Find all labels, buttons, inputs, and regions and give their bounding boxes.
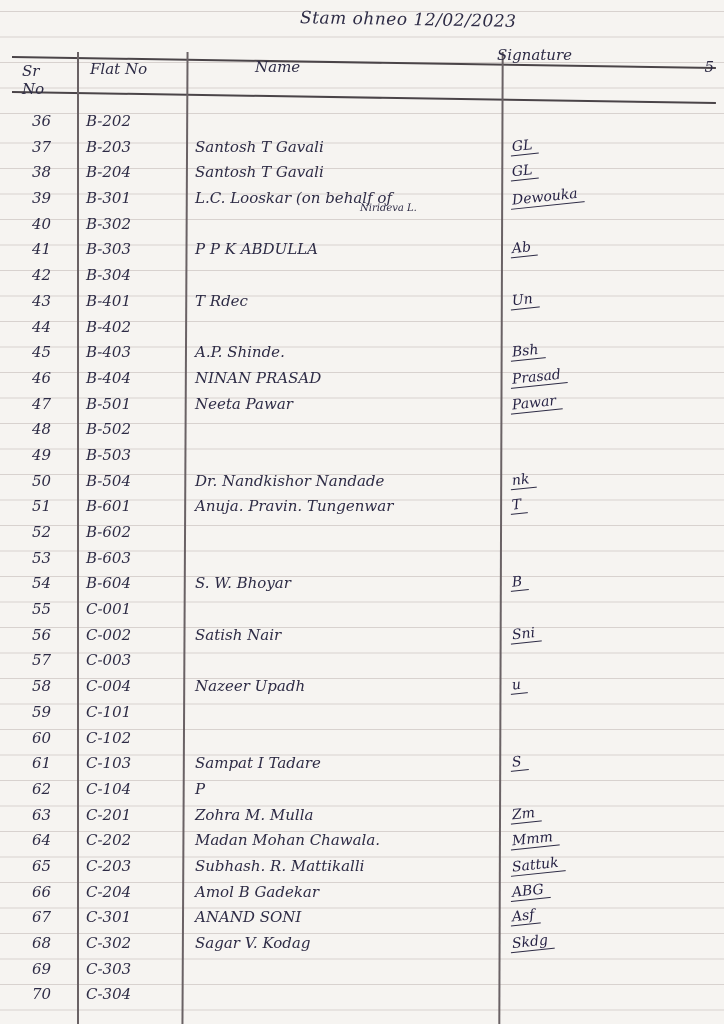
signature-mark: Un	[509, 290, 539, 310]
table-row: 55C-001	[0, 596, 724, 622]
sr-number: 65	[32, 857, 72, 875]
sr-number: 49	[32, 446, 72, 464]
flat-number: C-103	[86, 754, 182, 772]
flat-number: C-203	[86, 857, 182, 875]
flat-number: B-204	[86, 163, 182, 181]
signature-mark: Pawar	[509, 392, 563, 414]
sr-number: 39	[32, 189, 72, 207]
table-row: 57C-003	[0, 647, 724, 673]
table-row: 65C-203Subhash. R. MattikalliSattuk	[0, 853, 724, 879]
table-row: 36B-202	[0, 108, 724, 134]
sr-number: 47	[32, 395, 72, 413]
signature: ABG	[510, 883, 700, 900]
flat-number: B-304	[86, 266, 182, 284]
signature-mark: S	[509, 753, 528, 772]
resident-name: P P K ABDULLA	[195, 240, 495, 258]
flat-number: C-201	[86, 806, 182, 824]
sr-number: 69	[32, 960, 72, 978]
table-header-rule	[12, 91, 716, 104]
column-header-signature: Signature	[497, 46, 572, 64]
sr-number: 68	[32, 934, 72, 952]
flat-number: B-602	[86, 523, 182, 541]
resident-name: Anuja. Pravin. Tungenwar	[195, 497, 495, 515]
table-row: 69C-303	[0, 956, 724, 982]
resident-name: Sampat I Tadare	[195, 754, 495, 772]
signature: Un	[510, 292, 700, 309]
signature-mark: Sattuk	[509, 854, 565, 877]
flat-number: B-301	[86, 189, 182, 207]
signature: Asf	[510, 908, 700, 925]
table-row: 42B-304	[0, 262, 724, 288]
sr-number: 67	[32, 908, 72, 926]
signature: Zm	[510, 806, 700, 823]
sr-number: 43	[32, 292, 72, 310]
register-table-body: 36B-20237B-203Santosh T GavaliGL38B-204S…	[0, 108, 724, 1007]
flat-number: C-101	[86, 703, 182, 721]
table-row: 40B-302	[0, 211, 724, 237]
table-row: 37B-203Santosh T GavaliGL	[0, 134, 724, 160]
flat-number: C-301	[86, 908, 182, 926]
resident-name: Neeta Pawar	[195, 395, 495, 413]
signature: Sni	[510, 626, 700, 643]
resident-name: Sagar V. Kodag	[195, 934, 495, 952]
sr-number: 58	[32, 677, 72, 695]
table-row: 48B-502	[0, 416, 724, 442]
table-row: 56C-002Satish NairSni	[0, 622, 724, 648]
signature-mark: GL	[509, 136, 539, 156]
sr-number: 66	[32, 883, 72, 901]
flat-number: C-001	[86, 600, 182, 618]
flat-number: B-503	[86, 446, 182, 464]
sr-number: 46	[32, 369, 72, 387]
sr-number: 51	[32, 497, 72, 515]
signature: B	[510, 574, 700, 591]
flat-number: C-004	[86, 677, 182, 695]
resident-name: Zohra M. Mulla	[195, 806, 495, 824]
signature: Sattuk	[510, 857, 700, 874]
signature: Dewouka	[510, 189, 700, 206]
flat-number: B-203	[86, 138, 182, 156]
flat-number: B-501	[86, 395, 182, 413]
table-row: 39B-301L.C. Looskar (on behalf ofNiridev…	[0, 185, 724, 211]
table-row: 44B-402	[0, 314, 724, 340]
table-row: 67C-301ANAND SONIAsf	[0, 904, 724, 930]
table-row: 63C-201Zohra M. MullaZm	[0, 802, 724, 828]
table-row: 38B-204Santosh T GavaliGL	[0, 159, 724, 185]
sr-number: 52	[32, 523, 72, 541]
sr-number: 60	[32, 729, 72, 747]
sr-number: 59	[32, 703, 72, 721]
resident-name: P	[195, 780, 495, 798]
flat-number: B-601	[86, 497, 182, 515]
table-row: 59C-101	[0, 699, 724, 725]
table-row: 46B-404NINAN PRASADPrasad	[0, 365, 724, 391]
signature: Prasad	[510, 369, 700, 386]
signature: GL	[510, 138, 700, 155]
table-row: 60C-102	[0, 725, 724, 751]
table-row: 62C-104P	[0, 776, 724, 802]
column-header-flat-no: Flat No	[90, 60, 160, 79]
signature-mark: T	[509, 496, 528, 515]
sr-number: 36	[32, 112, 72, 130]
flat-number: B-404	[86, 369, 182, 387]
flat-number: C-304	[86, 985, 182, 1003]
signature: nk	[510, 472, 700, 489]
signature-mark: Dewouka	[509, 185, 584, 210]
resident-name: Madan Mohan Chawala.	[195, 831, 495, 849]
table-row: 45B-403A.P. Shinde.Bsh	[0, 339, 724, 365]
signature-mark: B	[509, 573, 529, 592]
flat-number: C-102	[86, 729, 182, 747]
resident-name: A.P. Shinde.	[195, 343, 495, 361]
table-row: 70C-304	[0, 981, 724, 1007]
table-row: 49B-503	[0, 442, 724, 468]
flat-number: C-202	[86, 831, 182, 849]
signature-mark: Zm	[509, 804, 542, 824]
sr-number: 38	[32, 163, 72, 181]
flat-number: C-204	[86, 883, 182, 901]
table-row: 41B-303P P K ABDULLAAb	[0, 236, 724, 262]
sr-number: 45	[32, 343, 72, 361]
resident-name: Santosh T Gavali	[195, 163, 495, 181]
table-row: 61C-103Sampat I TadareS	[0, 750, 724, 776]
signature: T	[510, 497, 700, 514]
column-header-sr-no: Sr No	[22, 62, 62, 98]
resident-name: Santosh T Gavali	[195, 138, 495, 156]
sr-number: 54	[32, 574, 72, 592]
table-row: 54B-604S. W. BhoyarB	[0, 570, 724, 596]
sr-number: 44	[32, 318, 72, 336]
table-row: 51B-601Anuja. Pravin. TungenwarT	[0, 493, 724, 519]
sr-number: 48	[32, 420, 72, 438]
signature-mark: GL	[509, 162, 539, 182]
signature-mark: Asf	[509, 907, 541, 927]
flat-number: B-604	[86, 574, 182, 592]
flat-number: B-402	[86, 318, 182, 336]
flat-number: C-002	[86, 626, 182, 644]
flat-number: C-104	[86, 780, 182, 798]
resident-name: Subhash. R. Mattikalli	[195, 857, 495, 875]
flat-number: C-302	[86, 934, 182, 952]
sr-number: 55	[32, 600, 72, 618]
signature-mark: Bsh	[509, 341, 545, 362]
flat-number: B-302	[86, 215, 182, 233]
sr-number: 53	[32, 549, 72, 567]
sr-number: 42	[32, 266, 72, 284]
signature-mark: Ab	[509, 239, 538, 259]
signature: S	[510, 754, 700, 771]
signature-mark: Skdg	[509, 932, 555, 954]
sr-number: 41	[32, 240, 72, 258]
resident-name: Dr. Nandkishor Nandade	[195, 472, 495, 490]
flat-number: C-003	[86, 651, 182, 669]
signature: Pawar	[510, 395, 700, 412]
table-row: 64C-202Madan Mohan Chawala.Mmm	[0, 827, 724, 853]
table-row: 52B-602	[0, 519, 724, 545]
resident-name: S. W. Bhoyar	[195, 574, 495, 592]
table-row: 47B-501Neeta PawarPawar	[0, 391, 724, 417]
register-page: Stam ohneo 12/02/2023 Sr No Flat No Name…	[0, 0, 724, 1024]
signature: Bsh	[510, 343, 700, 360]
resident-name: Amol B Gadekar	[195, 883, 495, 901]
flat-number: B-401	[86, 292, 182, 310]
column-header-name: Name	[255, 58, 300, 76]
sr-number: 64	[32, 831, 72, 849]
signature-mark: nk	[509, 470, 536, 490]
sr-number: 57	[32, 651, 72, 669]
resident-name: Satish Nair	[195, 626, 495, 644]
resident-name: L.C. Looskar (on behalf of	[195, 189, 495, 207]
flat-number: B-504	[86, 472, 182, 490]
signature-mark: Prasad	[509, 366, 567, 389]
signature: u	[510, 677, 700, 694]
resident-name: NINAN PRASAD	[195, 369, 495, 387]
sr-number: 63	[32, 806, 72, 824]
table-row: 53B-603	[0, 545, 724, 571]
table-row: 43B-401T RdecUn	[0, 288, 724, 314]
signature-mark: Mmm	[509, 829, 559, 851]
table-row: 68C-302Sagar V. KodagSkdg	[0, 930, 724, 956]
flat-number: B-502	[86, 420, 182, 438]
flat-number: B-303	[86, 240, 182, 258]
table-row: 50B-504Dr. Nandkishor Nandadenk	[0, 468, 724, 494]
sr-number: 56	[32, 626, 72, 644]
sr-number: 70	[32, 985, 72, 1003]
resident-name: ANAND SONI	[195, 908, 495, 926]
signature: Ab	[510, 240, 700, 257]
signature-mark: Sni	[509, 624, 542, 644]
sr-number: 62	[32, 780, 72, 798]
signature: GL	[510, 163, 700, 180]
sr-number: 40	[32, 215, 72, 233]
signature-mark: ABG	[509, 881, 550, 902]
page-header-note: Stam ohneo 12/02/2023	[300, 8, 517, 32]
signature: Skdg	[510, 934, 700, 951]
sr-number: 37	[32, 138, 72, 156]
flat-number: C-303	[86, 960, 182, 978]
flat-number: B-202	[86, 112, 182, 130]
resident-name: T Rdec	[195, 292, 495, 310]
sr-number: 61	[32, 754, 72, 772]
flat-number: B-403	[86, 343, 182, 361]
page-edge-mark: 5	[704, 58, 714, 76]
table-row: 58C-004Nazeer Upadhu	[0, 673, 724, 699]
flat-number: B-603	[86, 549, 182, 567]
sr-number: 50	[32, 472, 72, 490]
table-row: 66C-204Amol B GadekarABG	[0, 879, 724, 905]
resident-name: Nazeer Upadh	[195, 677, 495, 695]
signature: Mmm	[510, 831, 700, 848]
signature-mark: u	[509, 676, 528, 695]
